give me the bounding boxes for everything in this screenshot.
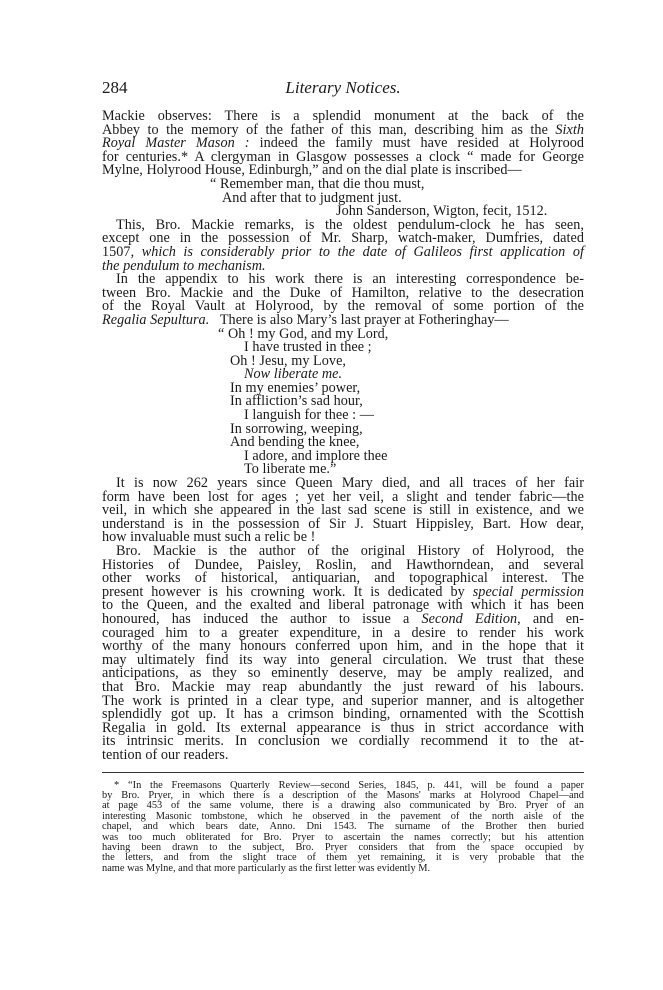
paragraph-pendulum-clock: This, Bro. Mackie remarks, is the oldest… [102,219,584,273]
text-line: tention of our readers. [102,749,584,763]
running-title: Literary Notices. [102,78,584,98]
paragraph-queen-mary-veil: It is now 262 years since Queen Mary die… [102,477,584,545]
paragraph-bro-mackie-author: Bro. Mackie is the author of the origina… [102,545,584,763]
footnote-divider [102,772,584,773]
footnote-line: name was Mylne, and that more particular… [102,864,584,874]
book-page: 284 Literary Notices. Mackie observes: T… [102,78,584,874]
italic-text: Regalia Sepultura. [102,312,209,328]
marys-prayer-verse: “ Oh ! my God, and my Lord, I have trust… [102,328,584,478]
page-header: 284 Literary Notices. [102,78,584,98]
verse-line: I adore, and implore thee [102,450,584,464]
body-text: Mackie observes: There is a splendid mon… [102,110,584,763]
verse-line: Oh ! Jesu, my Love, [102,355,584,369]
footnote-line: chapel, and which bears date, Anno. Dni … [102,822,584,832]
paragraph-appendix: In the appendix to his work there is an … [102,273,584,327]
footnote: * “In the Freemasons Quarterly Review—se… [102,781,584,875]
paragraph-mackie-observes: Mackie observes: There is a splendid mon… [102,110,584,178]
clock-inscription-verse: “ Remember man, that die thou must, And … [102,178,584,219]
